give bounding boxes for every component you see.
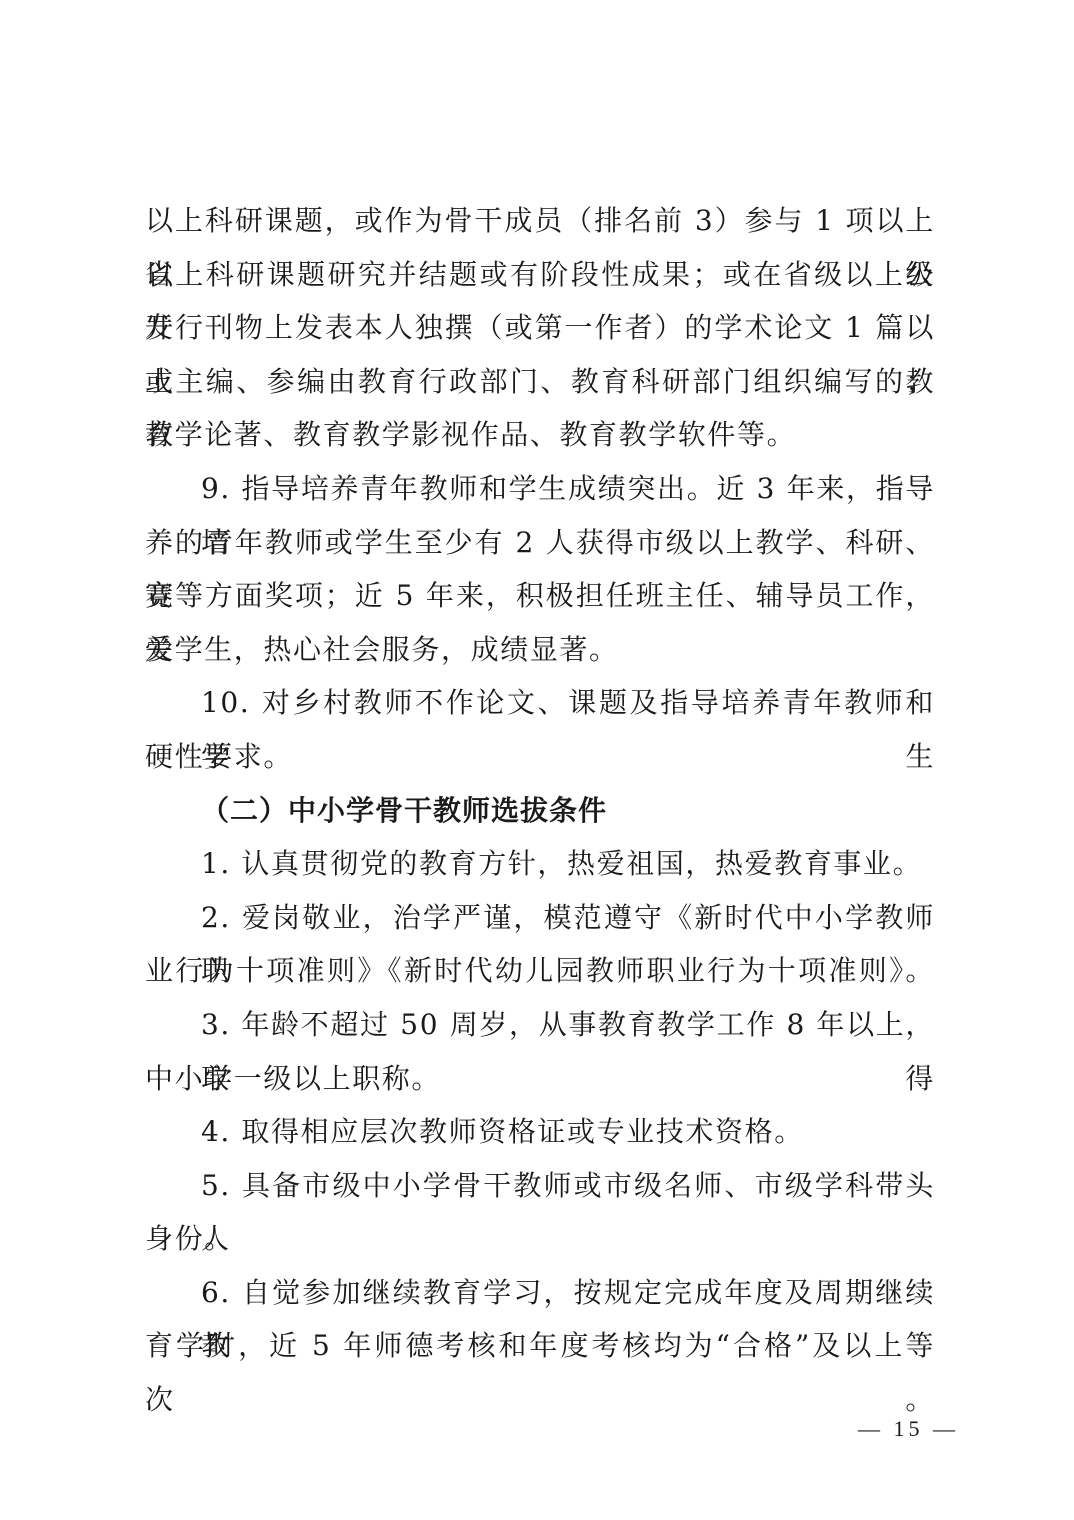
item-10-line: 10. 对乡村教师不作论文、课题及指导培养青年教师和学生 bbox=[145, 676, 935, 730]
paragraph-line: 育学时，近 5 年师德考核和年度考核均为“合格”及以上等次。 bbox=[145, 1319, 935, 1373]
paragraph-line: 业行为十项准则》《新时代幼儿园教师职业行为十项准则》。 bbox=[145, 944, 935, 998]
paragraph-line: 身份。 bbox=[145, 1212, 935, 1266]
page-number: — 15 — bbox=[858, 1416, 959, 1442]
paragraph-line: 或主编、参编由教育行政部门、教育科研部门组织编写的教育 bbox=[145, 355, 935, 409]
paragraph-line: 养的青年教师或学生至少有 2 人获得市级以上教学、科研、竞 bbox=[145, 516, 935, 570]
paragraph-line: 以上科研课题研究并结题或有阶段性成果；或在省级以上公开 bbox=[145, 248, 935, 302]
paragraph-line: 教学论著、教育教学影视作品、教育教学软件等。 bbox=[145, 408, 935, 462]
item-1-line: 1. 认真贯彻党的教育方针，热爱祖国，热爱教育事业。 bbox=[145, 837, 935, 891]
item-9-line: 9. 指导培养青年教师和学生成绩突出。近 3 年来，指导培 bbox=[145, 462, 935, 516]
section-heading: （二）中小学骨干教师选拔条件 bbox=[145, 784, 935, 838]
paragraph-line: 赛等方面奖项；近 5 年来，积极担任班主任、辅导员工作，关 bbox=[145, 569, 935, 623]
paragraph-line: 发行刊物上发表本人独撰（或第一作者）的学术论文 1 篇以上； bbox=[145, 301, 935, 355]
item-2-line: 2. 爱岗敬业，治学严谨，模范遵守《新时代中小学教师职 bbox=[145, 891, 935, 945]
paragraph-line: 以上科研课题，或作为骨干成员（排名前 3）参与 1 项以上省级 bbox=[145, 194, 935, 248]
item-5-line: 5. 具备市级中小学骨干教师或市级名师、市级学科带头人 bbox=[145, 1159, 935, 1213]
paragraph-line: 爱学生，热心社会服务，成绩显著。 bbox=[145, 623, 935, 677]
item-4-line: 4. 取得相应层次教师资格证或专业技术资格。 bbox=[145, 1105, 935, 1159]
item-6-line: 6. 自觉参加继续教育学习，按规定完成年度及周期继续教 bbox=[145, 1266, 935, 1320]
item-3-line: 3. 年龄不超过 50 周岁，从事教育教学工作 8 年以上，取得 bbox=[145, 998, 935, 1052]
document-page: 以上科研课题，或作为骨干成员（排名前 3）参与 1 项以上省级 以上科研课题研究… bbox=[145, 194, 935, 1373]
